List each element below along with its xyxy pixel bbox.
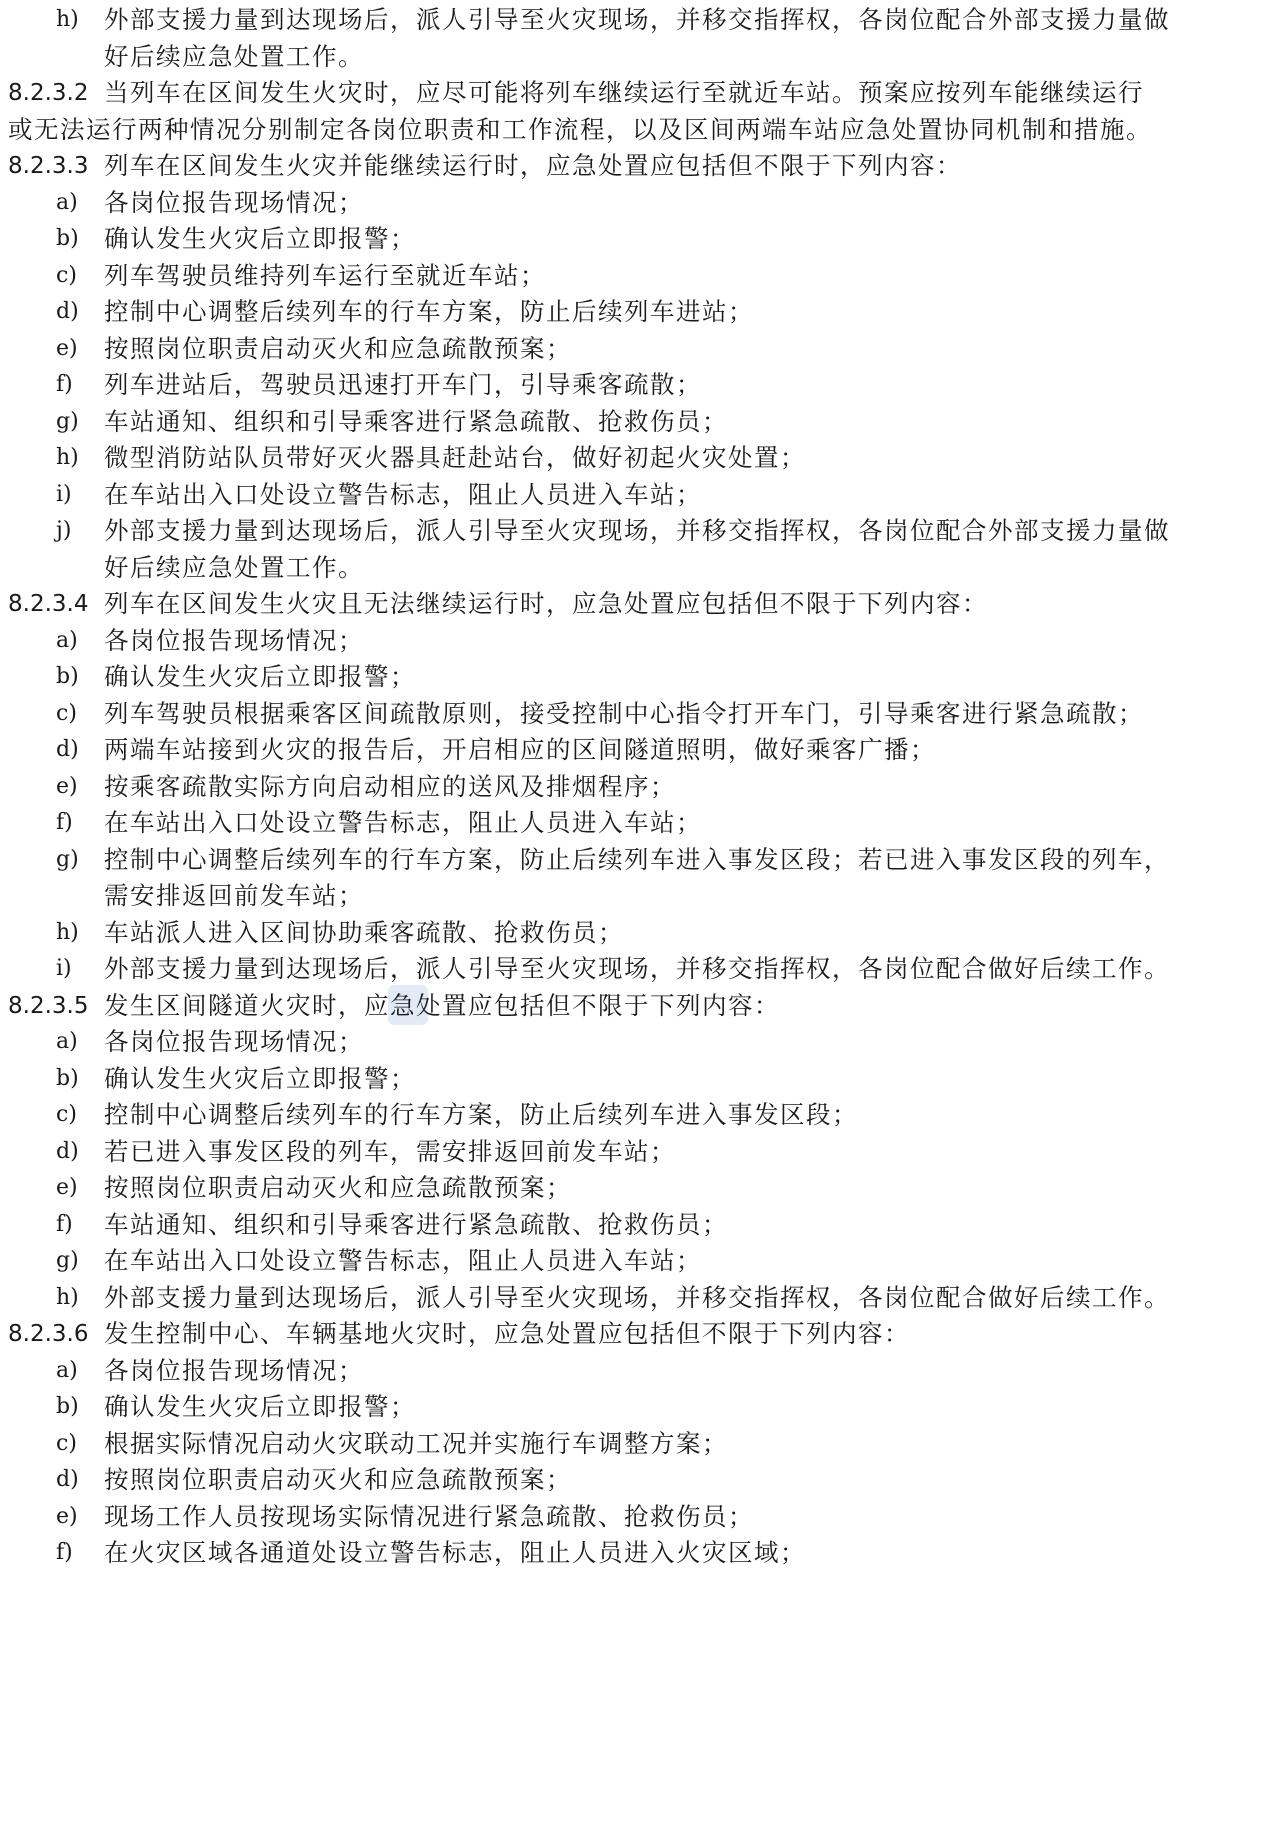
list-item-text: 在车站出入口处设立警告标志，阻止人员进入车站； (104, 477, 702, 513)
list-item-label: h) (56, 915, 79, 951)
list-item-text: 车站通知、组织和引导乘客进行紧急疏散、抢救伤员； (104, 1207, 728, 1243)
clause-number: 8.2.3.4 (8, 586, 88, 622)
list-item-label: a) (56, 185, 78, 221)
list-item-label: g) (56, 1243, 79, 1279)
list-item-text: 两端车站接到火灾的报告后，开启相应的区间隧道照明，做好乘客广播； (104, 732, 936, 768)
list-item-text: 列车进站后，驾驶员迅速打开车门，引导乘客疏散； (104, 367, 702, 403)
list-item-text: 若已进入事发区段的列车，需安排返回前发车站； (104, 1134, 676, 1170)
list-item-label: g) (56, 404, 79, 440)
list-item-label: j) (56, 513, 71, 549)
list-item-label: f) (56, 1535, 73, 1571)
list-item-text: 外部支援力量到达现场后，派人引导至火灾现场，并移交指挥权，各岗位配合做好后续工作… (104, 951, 1170, 987)
list-item-label: d) (56, 294, 79, 330)
list-item-label: i) (56, 951, 72, 987)
list-item-label: a) (56, 1024, 78, 1060)
clause-number: 8.2.3.5 (8, 988, 88, 1024)
list-item-label: h) (56, 440, 79, 476)
list-item-label: d) (56, 1462, 79, 1498)
list-item-text: 各岗位报告现场情况； (104, 185, 364, 221)
list-item-text: 确认发生火灾后立即报警； (104, 1389, 416, 1425)
list-item-label: h) (56, 1280, 79, 1316)
list-item-text: 确认发生火灾后立即报警； (104, 659, 416, 695)
list-item-label: b) (56, 221, 79, 257)
list-item-label: f) (56, 1207, 73, 1243)
list-item-text: 按照岗位职责启动灭火和应急疏散预案； (104, 1462, 572, 1498)
list-item-label: b) (56, 1389, 79, 1425)
list-item-text: 确认发生火灾后立即报警； (104, 1061, 416, 1097)
list-item-label: i) (56, 477, 72, 513)
list-item-text: 控制中心调整后续列车的行车方案，防止后续列车进入事发区段； (104, 1097, 858, 1133)
list-item-text: 在火灾区域各通道处设立警告标志，阻止人员进入火灾区域； (104, 1535, 806, 1571)
clause-text: 当列车在区间发生火灾时，应尽可能将列车继续运行至就近车站。预案应按列车能继续运行 (104, 75, 1144, 111)
list-item-label: g) (56, 842, 79, 878)
list-item-text: 现场工作人员按现场实际情况进行紧急疏散、抢救伤员； (104, 1499, 754, 1535)
list-item-text: 根据实际情况启动火灾联动工况并实施行车调整方案； (104, 1426, 728, 1462)
list-item-text: 在车站出入口处设立警告标志，阻止人员进入车站； (104, 805, 702, 841)
list-item-text: 列车驾驶员根据乘客区间疏散原则，接受控制中心指令打开车门，引导乘客进行紧急疏散； (104, 696, 1144, 732)
list-item-text: 按照岗位职责启动灭火和应急疏散预案； (104, 1170, 572, 1206)
list-item-text: 微型消防站队员带好灭火器具赶赴站台，做好初起火灾处置； (104, 440, 806, 476)
list-item-text: 在车站出入口处设立警告标志，阻止人员进入车站； (104, 1243, 702, 1279)
list-item-label: e) (56, 331, 78, 367)
list-item-label: e) (56, 769, 78, 805)
list-item-label: c) (56, 258, 77, 294)
clause-text: 列车在区间发生火灾且无法继续运行时，应急处置应包括但不限于下列内容： (104, 586, 988, 622)
list-item-label: f) (56, 367, 73, 403)
list-item-text: 按乘客疏散实际方向启动相应的送风及排烟程序； (104, 769, 676, 805)
list-item-text: 各岗位报告现场情况； (104, 1024, 364, 1060)
list-item-text: 按照岗位职责启动灭火和应急疏散预案； (104, 331, 572, 367)
list-item-label: e) (56, 1170, 78, 1206)
clause-number: 8.2.3.2 (8, 75, 88, 111)
list-item-label: b) (56, 659, 79, 695)
list-item-label: c) (56, 696, 77, 732)
clause-text: 列车在区间发生火灾并能继续运行时，应急处置应包括但不限于下列内容： (104, 148, 962, 184)
list-item-text: 控制中心调整后续列车的行车方案，防止后续列车进入事发区段；若已进入事发区段的列车… (104, 842, 1170, 878)
list-item-label: a) (56, 1353, 78, 1389)
list-item-text: 车站派人进入区间协助乘客疏散、抢救伤员； (104, 915, 624, 951)
list-item-text: 外部支援力量到达现场后，派人引导至火灾现场，并移交指挥权，各岗位配合做好后续工作… (104, 1280, 1170, 1316)
document-page: h)外部支援力量到达现场后，派人引导至火灾现场，并移交指挥权，各岗位配合外部支援… (0, 0, 1280, 1848)
list-item-text: 外部支援力量到达现场后，派人引导至火灾现场，并移交指挥权，各岗位配合外部支援力量… (104, 513, 1170, 549)
list-item-label: d) (56, 1134, 79, 1170)
clause-text: 发生区间隧道火灾时，应急处置应包括但不限于下列内容： (104, 988, 780, 1024)
clause-text: 发生控制中心、车辆基地火灾时，应急处置应包括但不限于下列内容： (104, 1316, 910, 1352)
list-item-label: a) (56, 623, 78, 659)
list-item-label: f) (56, 805, 73, 841)
list-item-label: c) (56, 1426, 77, 1462)
list-item-text: 车站通知、组织和引导乘客进行紧急疏散、抢救伤员； (104, 404, 728, 440)
list-item-label: d) (56, 732, 79, 768)
list-item-label: c) (56, 1097, 77, 1133)
list-item-label: b) (56, 1061, 79, 1097)
list-item-text: 控制中心调整后续列车的行车方案，防止后续列车进站； (104, 294, 754, 330)
paragraph-text: 或无法运行两种情况分别制定各岗位职责和工作流程，以及区间两端车站应急处置协同机制… (8, 112, 1152, 148)
list-item-text: 确认发生火灾后立即报警； (104, 221, 416, 257)
clause-number: 8.2.3.3 (8, 148, 88, 184)
list-item-text: 各岗位报告现场情况； (104, 623, 364, 659)
list-item-text: 列车驾驶员维持列车运行至就近车站； (104, 258, 546, 294)
continuation-text: 好后续应急处置工作。 (104, 39, 364, 75)
list-item-label: h) (56, 2, 79, 38)
continuation-text: 好后续应急处置工作。 (104, 550, 364, 586)
list-item-label: e) (56, 1499, 78, 1535)
list-item-text: 外部支援力量到达现场后，派人引导至火灾现场，并移交指挥权，各岗位配合外部支援力量… (104, 2, 1170, 38)
clause-number: 8.2.3.6 (8, 1316, 88, 1352)
continuation-text: 需安排返回前发车站； (104, 878, 364, 914)
list-item-text: 各岗位报告现场情况； (104, 1353, 364, 1389)
